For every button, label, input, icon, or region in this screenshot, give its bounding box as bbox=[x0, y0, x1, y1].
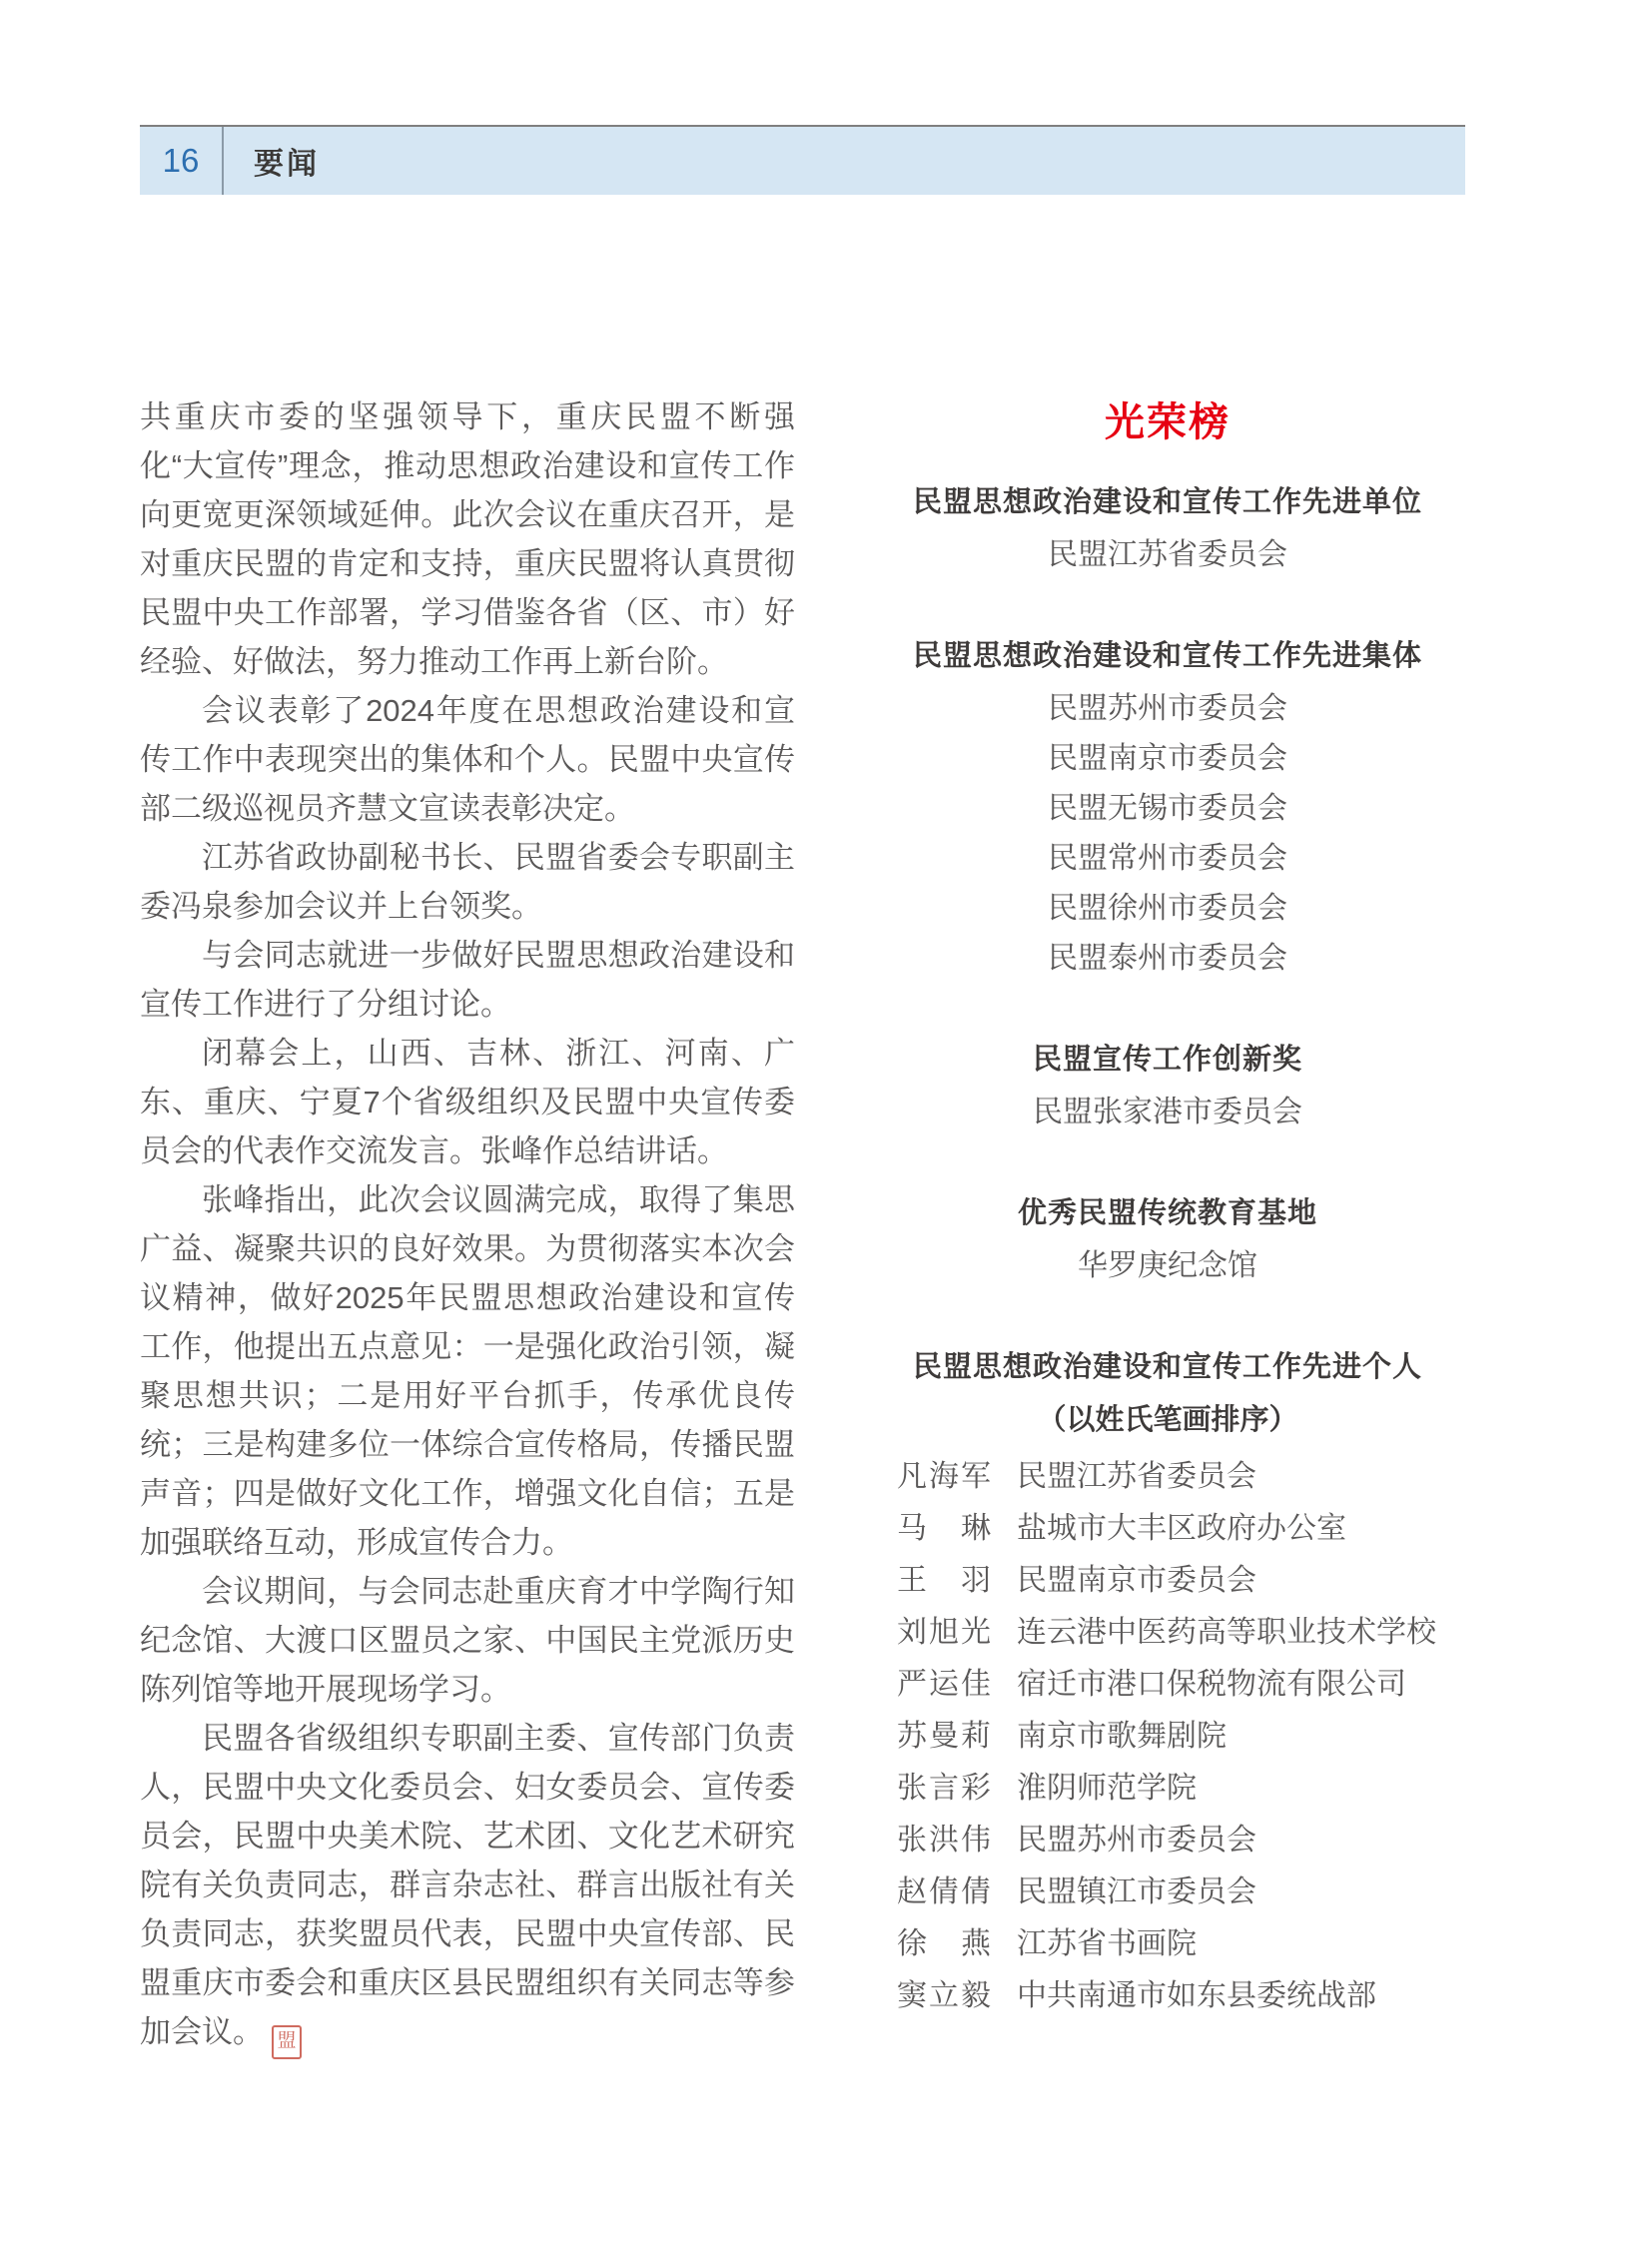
honoree-name: 赵倩倩 bbox=[897, 1867, 991, 1918]
honoree-organization: 南京市歌舞剧院 bbox=[1017, 1720, 1227, 1753]
honoree-name: 严运佳 bbox=[897, 1659, 991, 1711]
honoree-organization: 民盟苏州市委员会 bbox=[1017, 1824, 1256, 1857]
honoree-list: 凡海军民盟江苏省委员会 马 琳盐城市大丰区政府办公室 王 羽民盟南京市委员会 刘… bbox=[897, 1451, 1438, 2022]
honoree-name: 张洪伟 bbox=[897, 1815, 991, 1867]
award-recipient: 民盟苏州市委员会 bbox=[897, 684, 1438, 734]
honoree-name: 张言彩 bbox=[897, 1763, 991, 1815]
section-subheading: （以姓氏笔画排序） bbox=[897, 1395, 1438, 1445]
honoree-row: 张言彩淮阴师范学院 bbox=[897, 1763, 1438, 1815]
honoree-row: 严运佳宿迁市港口保税物流有限公司 bbox=[897, 1659, 1438, 1711]
honoree-name: 王 羽 bbox=[897, 1555, 991, 1607]
honoree-row: 徐 燕江苏省书画院 bbox=[897, 1918, 1438, 1970]
honoree-row: 苏曼莉南京市歌舞剧院 bbox=[897, 1711, 1438, 1763]
honoree-row: 王 羽民盟南京市委员会 bbox=[897, 1555, 1438, 1607]
article-paragraphs: 共重庆市委的坚强领导下，重庆民盟不断强化“大宣传”理念，推动思想政治建设和宣传工… bbox=[140, 392, 795, 1714]
honoree-row: 赵倩倩民盟镇江市委员会 bbox=[897, 1867, 1438, 1918]
honoree-row: 窦立毅中共南通市如东县委统战部 bbox=[897, 1970, 1438, 2022]
award-recipient: 民盟常州市委员会 bbox=[897, 834, 1438, 884]
award-recipient: 民盟无锡市委员会 bbox=[897, 784, 1438, 834]
honoree-name: 马 琳 bbox=[897, 1503, 991, 1555]
award-recipients: 华罗庚纪念馆 bbox=[897, 1241, 1438, 1291]
article-last-paragraph-text: 民盟各省级组织专职副主委、宣传部门负责人，民盟中央文化委员会、妇女委员会、宣传委… bbox=[140, 1721, 795, 2049]
article-paragraph: 会议表彰了2024年度在思想政治建设和宣传工作中表现突出的集体和个人。民盟中央宣… bbox=[140, 686, 795, 833]
magazine-page: 16 要闻 共重庆市委的坚强领导下，重庆民盟不断强化“大宣传”理念，推动思想政治… bbox=[0, 0, 1652, 2241]
honoree-organization: 中共南通市如东县委统战部 bbox=[1017, 1979, 1376, 2012]
section-heading: 民盟思想政治建设和宣传工作先进集体 bbox=[897, 628, 1438, 684]
article-paragraph: 江苏省政协副秘书长、民盟省委会专职副主委冯泉参加会议并上台领奖。 bbox=[140, 833, 795, 931]
honoree-row: 马 琳盐城市大丰区政府办公室 bbox=[897, 1503, 1438, 1555]
honor-roll-title: 光荣榜 bbox=[897, 396, 1438, 448]
honor-section-innovation-award: 民盟宣传工作创新奖 民盟张家港市委员会 bbox=[897, 1032, 1438, 1137]
honoree-organization: 连云港中医药高等职业技术学校 bbox=[1017, 1616, 1436, 1649]
section-heading: 民盟思想政治建设和宣传工作先进单位 bbox=[897, 474, 1438, 530]
award-recipient: 民盟泰州市委员会 bbox=[897, 934, 1438, 984]
honoree-organization: 江苏省书画院 bbox=[1017, 1927, 1197, 1960]
article-paragraph: 张峰指出，此次会议圆满完成，取得了集思广益、凝聚共识的良好效果。为贯彻落实本次会… bbox=[140, 1175, 795, 1567]
section-heading: 民盟思想政治建设和宣传工作先进个人 bbox=[897, 1339, 1438, 1395]
league-seal-icon: 盟 bbox=[272, 2025, 302, 2059]
section-label: 要闻 bbox=[254, 127, 320, 195]
header-divider bbox=[222, 127, 224, 195]
award-recipients: 民盟张家港市委员会 bbox=[897, 1088, 1438, 1137]
article-paragraph: 会议期间，与会同志赴重庆育才中学陶行知纪念馆、大渡口区盟员之家、中国民主党派历史… bbox=[140, 1567, 795, 1714]
honor-section-advanced-individuals: 民盟思想政治建设和宣传工作先进个人 （以姓氏笔画排序） 凡海军民盟江苏省委员会 … bbox=[897, 1339, 1438, 2022]
award-recipient: 华罗庚纪念馆 bbox=[897, 1241, 1438, 1291]
honoree-organization: 淮阴师范学院 bbox=[1017, 1772, 1197, 1805]
honor-section-advanced-collectives: 民盟思想政治建设和宣传工作先进集体 民盟苏州市委员会 民盟南京市委员会 民盟无锡… bbox=[897, 628, 1438, 984]
honor-section-advanced-unit: 民盟思想政治建设和宣传工作先进单位 民盟江苏省委员会 bbox=[897, 474, 1438, 580]
honoree-row: 凡海军民盟江苏省委员会 bbox=[897, 1451, 1438, 1503]
honor-roll: 光荣榜 民盟思想政治建设和宣传工作先进单位 民盟江苏省委员会 民盟思想政治建设和… bbox=[897, 396, 1438, 2022]
award-recipient: 民盟南京市委员会 bbox=[897, 734, 1438, 784]
article-last-paragraph: 民盟各省级组织专职副主委、宣传部门负责人，民盟中央文化委员会、妇女委员会、宣传委… bbox=[140, 1714, 795, 2059]
section-heading: 优秀民盟传统教育基地 bbox=[897, 1185, 1438, 1241]
award-recipient: 民盟江苏省委员会 bbox=[897, 530, 1438, 580]
award-recipients: 民盟苏州市委员会 民盟南京市委员会 民盟无锡市委员会 民盟常州市委员会 民盟徐州… bbox=[897, 684, 1438, 984]
award-recipient: 民盟徐州市委员会 bbox=[897, 884, 1438, 934]
honoree-organization: 民盟镇江市委员会 bbox=[1017, 1875, 1256, 1908]
honoree-name: 刘旭光 bbox=[897, 1607, 991, 1659]
honoree-organization: 宿迁市港口保税物流有限公司 bbox=[1017, 1668, 1406, 1701]
honoree-name: 凡海军 bbox=[897, 1451, 991, 1503]
article-body: 共重庆市委的坚强领导下，重庆民盟不断强化“大宣传”理念，推动思想政治建设和宣传工… bbox=[140, 392, 795, 2059]
honoree-name: 徐 燕 bbox=[897, 1918, 991, 1970]
article-paragraph: 闭幕会上，山西、吉林、浙江、河南、广东、重庆、宁夏7个省级组织及民盟中央宣传委员… bbox=[140, 1029, 795, 1175]
article-paragraph: 共重庆市委的坚强领导下，重庆民盟不断强化“大宣传”理念，推动思想政治建设和宣传工… bbox=[140, 392, 795, 686]
honoree-organization: 民盟江苏省委员会 bbox=[1017, 1460, 1256, 1493]
honor-section-education-base: 优秀民盟传统教育基地 华罗庚纪念馆 bbox=[897, 1185, 1438, 1291]
page-header: 16 要闻 bbox=[140, 125, 1465, 195]
page-number: 16 bbox=[140, 127, 222, 195]
award-recipients: 民盟江苏省委员会 bbox=[897, 530, 1438, 580]
honoree-organization: 民盟南京市委员会 bbox=[1017, 1564, 1256, 1597]
honoree-name: 窦立毅 bbox=[897, 1970, 991, 2022]
award-recipient: 民盟张家港市委员会 bbox=[897, 1088, 1438, 1137]
article-paragraph: 与会同志就进一步做好民盟思想政治建设和宣传工作进行了分组讨论。 bbox=[140, 931, 795, 1029]
section-heading: 民盟宣传工作创新奖 bbox=[897, 1032, 1438, 1088]
honoree-row: 张洪伟民盟苏州市委员会 bbox=[897, 1815, 1438, 1867]
honoree-row: 刘旭光连云港中医药高等职业技术学校 bbox=[897, 1607, 1438, 1659]
honoree-organization: 盐城市大丰区政府办公室 bbox=[1017, 1512, 1346, 1545]
honoree-name: 苏曼莉 bbox=[897, 1711, 991, 1763]
